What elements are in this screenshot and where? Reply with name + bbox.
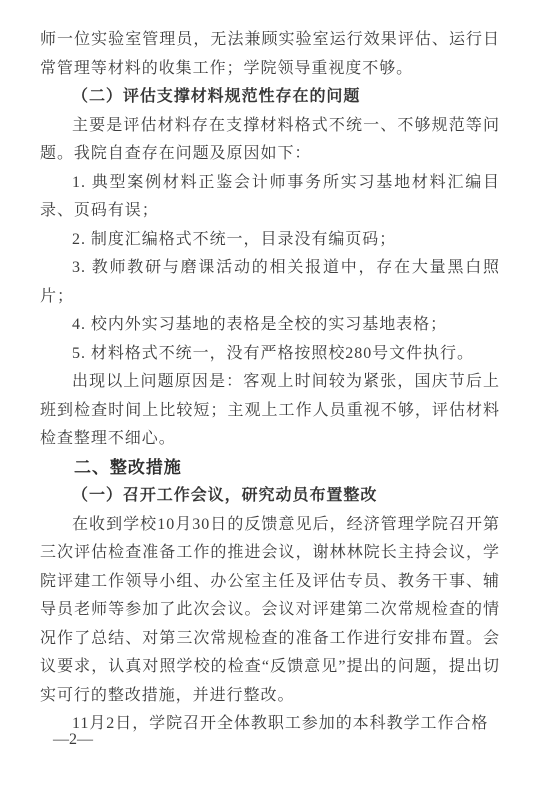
page-number: —2— [53, 726, 93, 755]
para-issue-1: 1. 典型案例材料正鉴会计师事务所实习基地材料汇编目录、页码有误； [40, 169, 500, 226]
subheading-section-1-work-meeting: （一）召开工作会议，研究动员布置整改 [40, 482, 500, 511]
para-issue-2: 2. 制度汇编格式不统一，目录没有编页码； [40, 226, 500, 255]
para-meeting-details: 在收到学校10月30日的反馈意见后，经济管理学院召开第三次评估检查准备工作的推进… [40, 511, 500, 711]
document-page: 师一位实验室管理员，无法兼顾实验室运行效果评估、运行日常管理等材料的收集工作；学… [0, 0, 539, 788]
para-issue-3: 3. 教师教研与磨课活动的相关报道中，存在大量黑白照片； [40, 254, 500, 311]
para-nov2-meeting: 11月2日，学院召开全体教职工参加的本科教学工作合格 [40, 710, 500, 739]
para-issue-4: 4. 校内外实习基地的表格是全校的实习基地表格； [40, 311, 500, 340]
heading-rectification-measures: 二、整改措施 [40, 454, 500, 483]
para-lab-manager-continuation: 师一位实验室管理员，无法兼顾实验室运行效果评估、运行日常管理等材料的收集工作；学… [40, 26, 500, 83]
para-issue-5: 5. 材料格式不统一，没有严格按照校280号文件执行。 [40, 340, 500, 369]
para-self-check-intro: 主要是评估材料存在支撑材料格式不统一、不够规范等问题。我院自查存在问题及原因如下… [40, 112, 500, 169]
subheading-section-2-support-materials: （二）评估支撑材料规范性存在的问题 [40, 83, 500, 112]
para-issue-causes: 出现以上问题原因是：客观上时间较为紧张，国庆节后上班到检查时间上比较短；主观上工… [40, 368, 500, 454]
